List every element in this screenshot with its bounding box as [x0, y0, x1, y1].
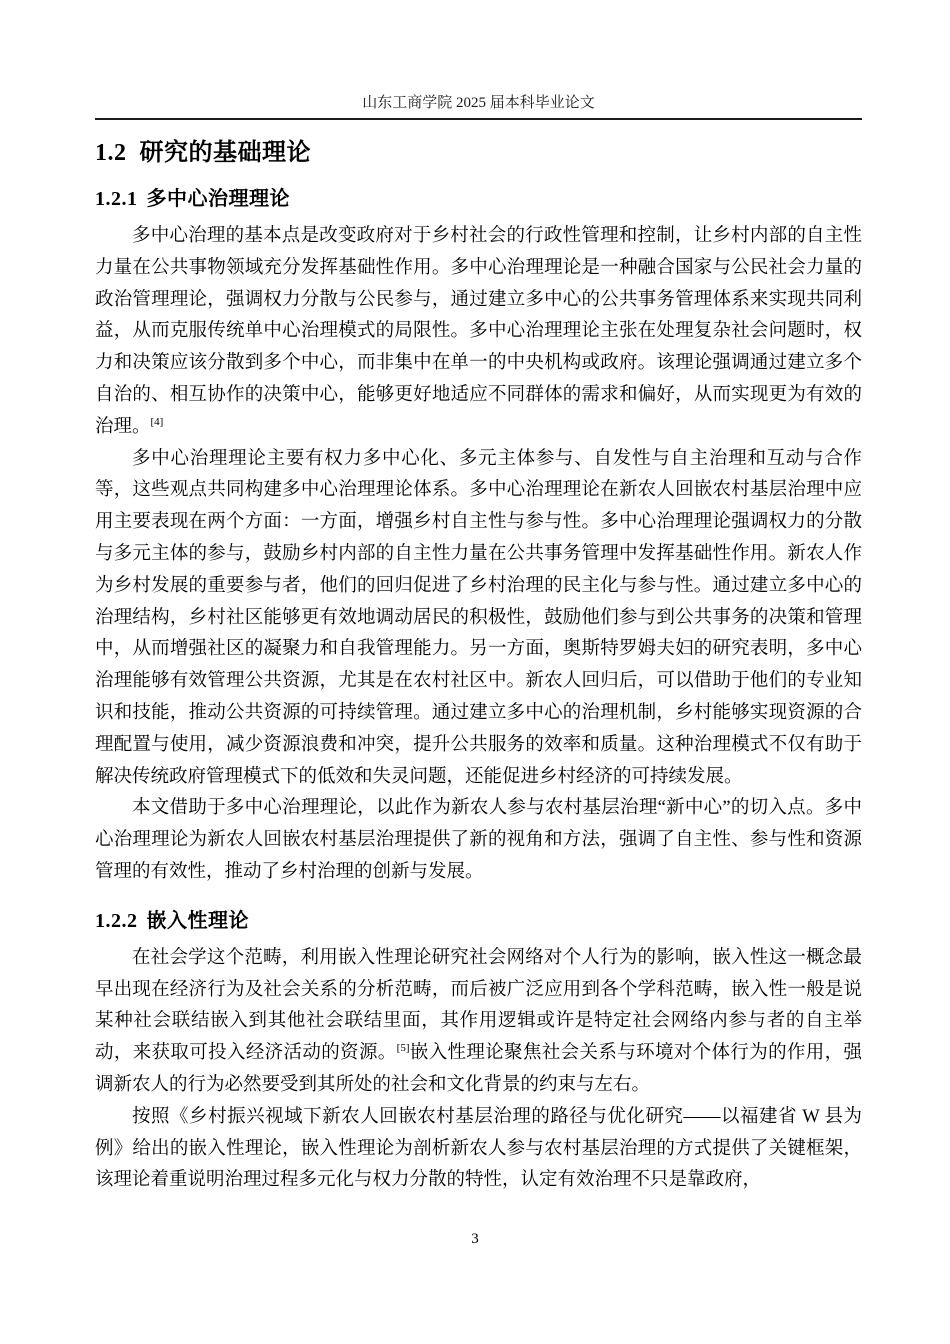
page-number: 3	[471, 1231, 479, 1247]
page-header: 山东工商学院 2025 届本科毕业论文	[95, 94, 862, 120]
citation-ref-5: [5]	[397, 1042, 410, 1054]
paragraph-3: 本文借助于多中心治理理论，以此作为新农人参与农村基层治理“新中心”的切入点。多中…	[95, 793, 862, 888]
section-heading: 1.2研究的基础理论	[95, 139, 862, 167]
paragraph-1: 多中心治理的基本点是改变政府对于乡村社会的行政性管理和控制，让乡村内部的自主性力…	[95, 221, 862, 444]
document-page: 山东工商学院 2025 届本科毕业论文 1.2研究的基础理论 1.2.1多中心治…	[0, 0, 950, 1344]
subsection-121-number: 1.2.1	[95, 188, 138, 210]
header-rule	[95, 118, 862, 120]
subsection-heading-122: 1.2.2嵌入性理论	[95, 909, 862, 933]
paragraph-5: 按照《乡村振兴视域下新农人回嵌农村基层治理的路径与优化研究——以福建省 W 县为…	[95, 1102, 862, 1197]
paragraph-4: 在社会学这个范畴，利用嵌入性理论研究社会网络对个人行为的影响，嵌入性这一概念最早…	[95, 943, 862, 1102]
section-title: 研究的基础理论	[140, 140, 312, 166]
subsection-121-title: 多中心治理理论	[147, 188, 291, 210]
running-header-text: 山东工商学院 2025 届本科毕业论文	[95, 94, 862, 112]
subsection-122-number: 1.2.2	[95, 910, 138, 932]
section-number: 1.2	[95, 140, 127, 166]
page-footer: 3	[0, 1230, 950, 1248]
citation-ref-4: [4]	[151, 416, 164, 428]
subsection-122-title: 嵌入性理论	[147, 910, 250, 932]
paragraph-2: 多中心治理理论主要有权力多中心化、多元主体参与、自发性与自主治理和互动与合作等，…	[95, 444, 862, 794]
subsection-heading-121: 1.2.1多中心治理理论	[95, 187, 862, 211]
paragraph-1-text: 多中心治理的基本点是改变政府对于乡村社会的行政性管理和控制，让乡村内部的自主性力…	[95, 226, 862, 437]
